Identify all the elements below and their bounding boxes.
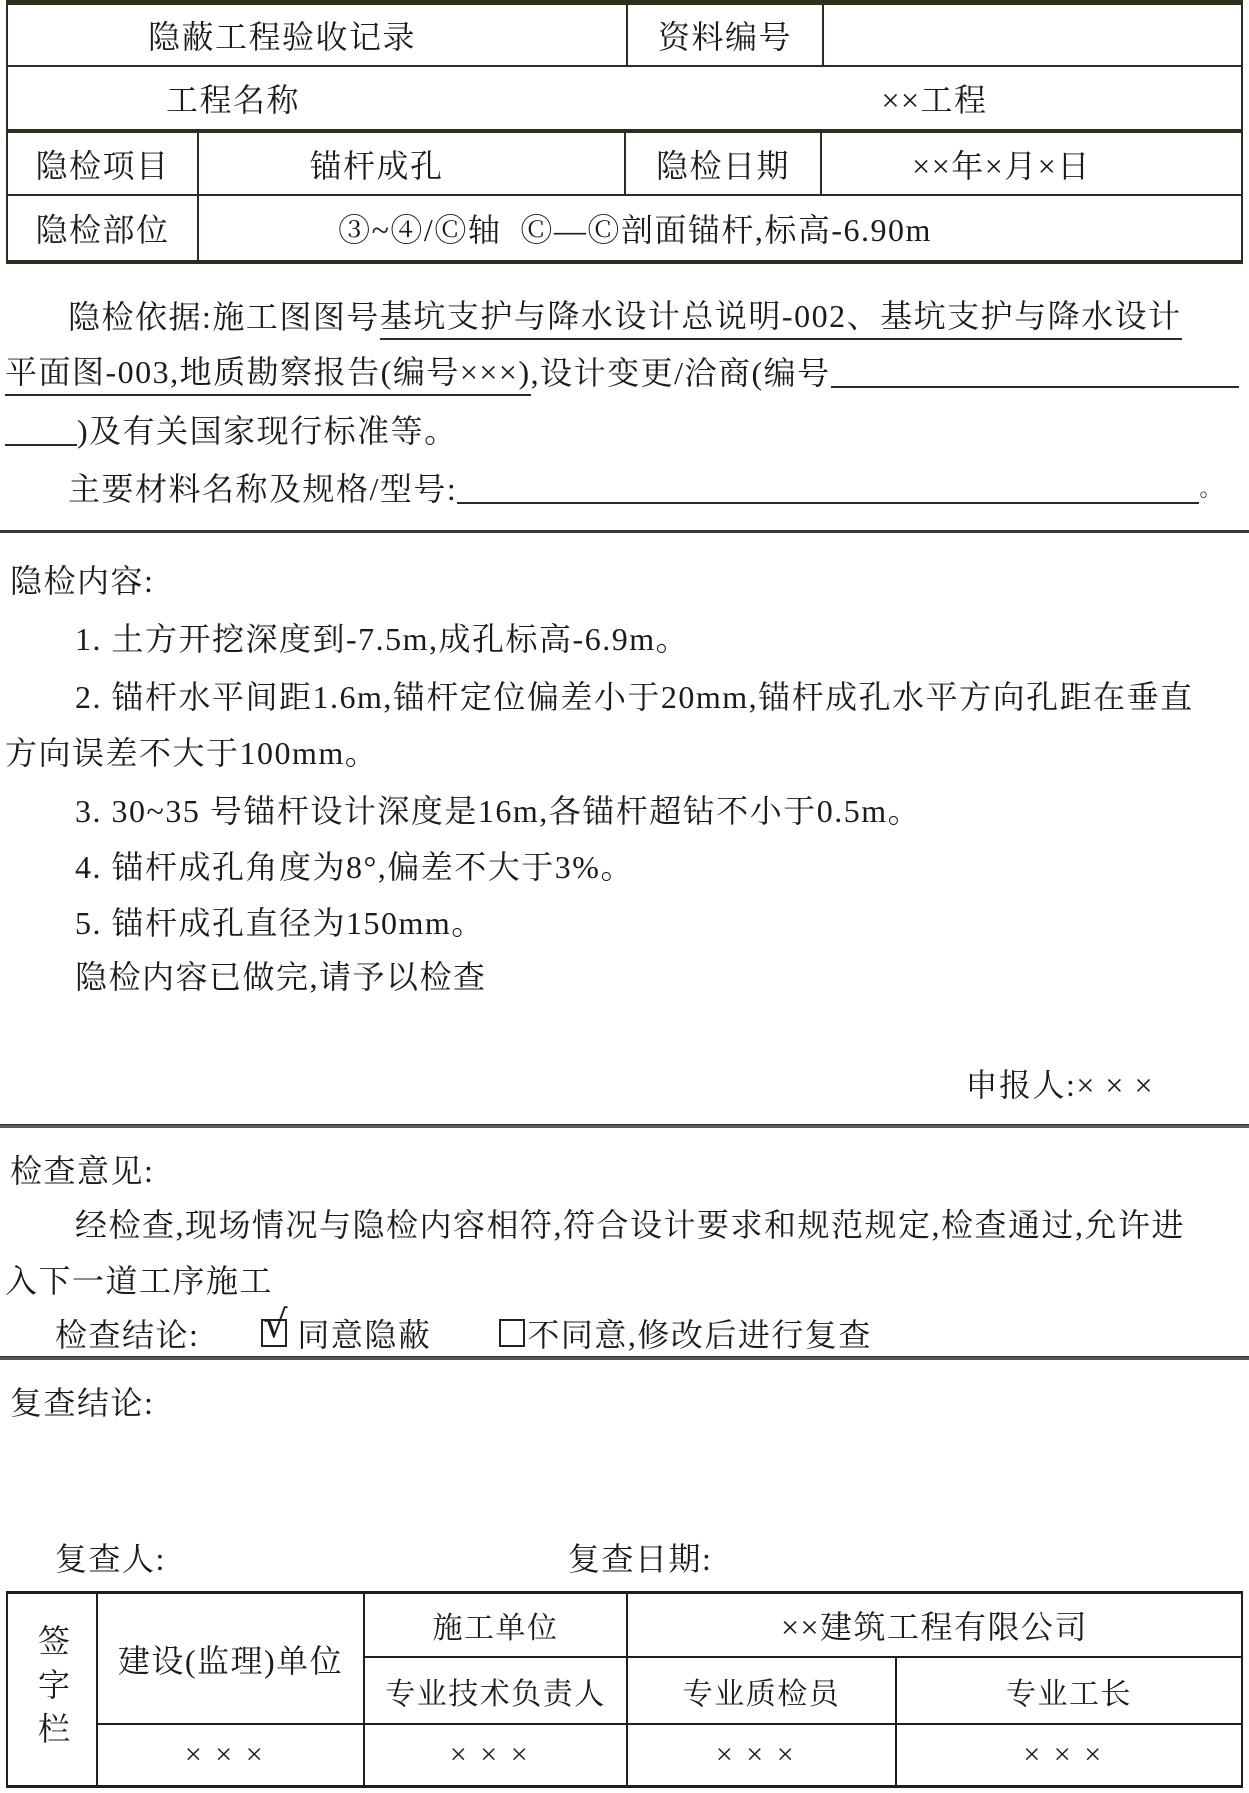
content-item-2-line2: 方向误差不大于100mm。 xyxy=(5,728,378,774)
review-heading: 检查意见: xyxy=(10,1146,154,1192)
checkbox-agree-checked-icon[interactable]: √ xyxy=(261,1319,287,1347)
basis-line1-prefix: 隐检依据:施工图图号 xyxy=(68,292,380,338)
change-no-blank-field[interactable] xyxy=(831,354,1239,388)
conclusion-option-agree: 同意隐蔽 xyxy=(297,1310,431,1356)
content-done-note: 隐检内容已做完,请予以检查 xyxy=(75,952,487,998)
section-divider-1 xyxy=(0,530,1249,533)
builder-signature: ××× xyxy=(98,1723,365,1785)
header-row-project: 工程名称 ××工程 xyxy=(8,67,1241,133)
contractor-company-name: ××建筑工程有限公司 xyxy=(628,1594,1241,1658)
header-table: 隐蔽工程验收记录 资料编号 工程名称 ××工程 隐检项目 锚杆成孔 隐检日期 ×… xyxy=(6,0,1243,264)
signature-column-header: 签字栏 xyxy=(8,1594,98,1785)
basis-line2-plain: ,设计变更/洽商(编号 xyxy=(531,348,831,394)
materials-line: 主要材料名称及规格/型号:。 xyxy=(68,464,1223,510)
basis-line1-underlined: 基坑支护与降水设计总说明-002、基坑支护与降水设计 xyxy=(380,291,1182,340)
content-item-2-line1: 2. 锚杆水平间距1.6m,锚杆定位偏差小于20mm,锚杆成孔水平方向孔距在垂直 xyxy=(75,672,1194,718)
basis-line-3: )及有关国家现行标准等。 xyxy=(5,406,1239,452)
materials-label: 主要材料名称及规格/型号: xyxy=(68,464,457,510)
foreman-signature: ××× xyxy=(897,1723,1241,1785)
applicant-signature: 申报人:× × × xyxy=(965,1060,1154,1106)
content-item-5: 5. 锚杆成孔直径为150mm。 xyxy=(75,898,485,944)
review-line-1: 经检查,现场情况与隐检内容相符,符合设计要求和规范规定,检查通过,允许进 xyxy=(75,1200,1185,1246)
recheck-date-label: 复查日期: xyxy=(568,1534,712,1580)
check-mark-icon: √ xyxy=(263,1305,289,1343)
basis-line2-underlined: 平面图-003,地质勘察报告(编号×××) xyxy=(5,347,531,396)
content-item-4: 4. 锚杆成孔角度为8°,偏差不大于3%。 xyxy=(75,842,634,888)
conclusion-label: 检查结论: xyxy=(55,1310,199,1356)
signature-table: 签字栏 建设(监理)单位 施工单位 ××建筑工程有限公司 专业技术负责人 专业质… xyxy=(6,1591,1243,1788)
inspect-date-value: ××年×月×日 xyxy=(822,133,1241,196)
tech-lead-label: 专业技术负责人 xyxy=(365,1658,628,1723)
tech-lead-signature: ××× xyxy=(365,1723,628,1785)
header-row-location: 隐检部位 ③~④/Ⓒ轴 Ⓒ—Ⓒ剖面锚杆,标高-6.90m xyxy=(8,196,1241,260)
basis-line3-text: )及有关国家现行标准等。 xyxy=(77,406,458,452)
project-name-value: ××工程 xyxy=(628,67,1241,133)
conclusion-option-disagree: 不同意,修改后进行复查 xyxy=(527,1310,872,1356)
basis-line-2: 平面图-003,地质勘察报告(编号×××),设计变更/洽商(编号 xyxy=(5,348,1239,394)
change-no-blank-field-2[interactable] xyxy=(5,412,77,446)
materials-period: 。 xyxy=(1199,472,1223,503)
project-name-label: 工程名称 xyxy=(8,67,628,133)
qc-inspector-signature: ××× xyxy=(628,1723,897,1785)
section-divider-3 xyxy=(0,1356,1249,1360)
inspect-item-value: 锚杆成孔 xyxy=(199,133,626,196)
contractor-label: 施工单位 xyxy=(365,1594,628,1658)
header-row-title: 隐蔽工程验收记录 资料编号 xyxy=(8,5,1241,67)
materials-blank-field[interactable] xyxy=(457,470,1199,504)
inspect-item-label: 隐检项目 xyxy=(8,133,199,196)
builder-supervisor-label: 建设(监理)单位 xyxy=(98,1594,365,1723)
qc-inspector-label: 专业质检员 xyxy=(628,1658,897,1723)
basis-line-1: 隐检依据:施工图图号基坑支护与降水设计总说明-002、基坑支护与降水设计 xyxy=(68,292,1239,338)
section-divider-2 xyxy=(0,1124,1249,1128)
form-title: 隐蔽工程验收记录 xyxy=(8,5,628,67)
doc-no-label: 资料编号 xyxy=(628,5,824,67)
recheck-person-label: 复查人: xyxy=(55,1534,166,1580)
conclusion-row: 检查结论: √ 同意隐蔽 不同意,修改后进行复查 xyxy=(55,1310,872,1356)
content-heading: 隐检内容: xyxy=(10,556,154,602)
review-line-2: 入下一道工序施工 xyxy=(5,1256,273,1302)
inspect-date-label: 隐检日期 xyxy=(626,133,822,196)
foreman-label: 专业工长 xyxy=(897,1658,1241,1723)
content-item-3: 3. 30~35 号锚杆设计深度是16m,各锚杆超钻不小于0.5m。 xyxy=(75,786,921,832)
header-row-item: 隐检项目 锚杆成孔 隐检日期 ××年×月×日 xyxy=(8,133,1241,196)
inspect-location-value: ③~④/Ⓒ轴 Ⓒ—Ⓒ剖面锚杆,标高-6.90m xyxy=(199,196,1241,260)
doc-no-value[interactable] xyxy=(824,5,1241,67)
checkbox-disagree-icon[interactable] xyxy=(499,1319,525,1347)
recheck-heading: 复查结论: xyxy=(10,1378,154,1424)
scanned-form-page: 隐蔽工程验收记录 资料编号 工程名称 ××工程 隐检项目 锚杆成孔 隐检日期 ×… xyxy=(0,0,1249,1793)
content-item-1: 1. 土方开挖深度到-7.5m,成孔标高-6.9m。 xyxy=(75,614,689,660)
inspect-location-label: 隐检部位 xyxy=(8,196,199,260)
